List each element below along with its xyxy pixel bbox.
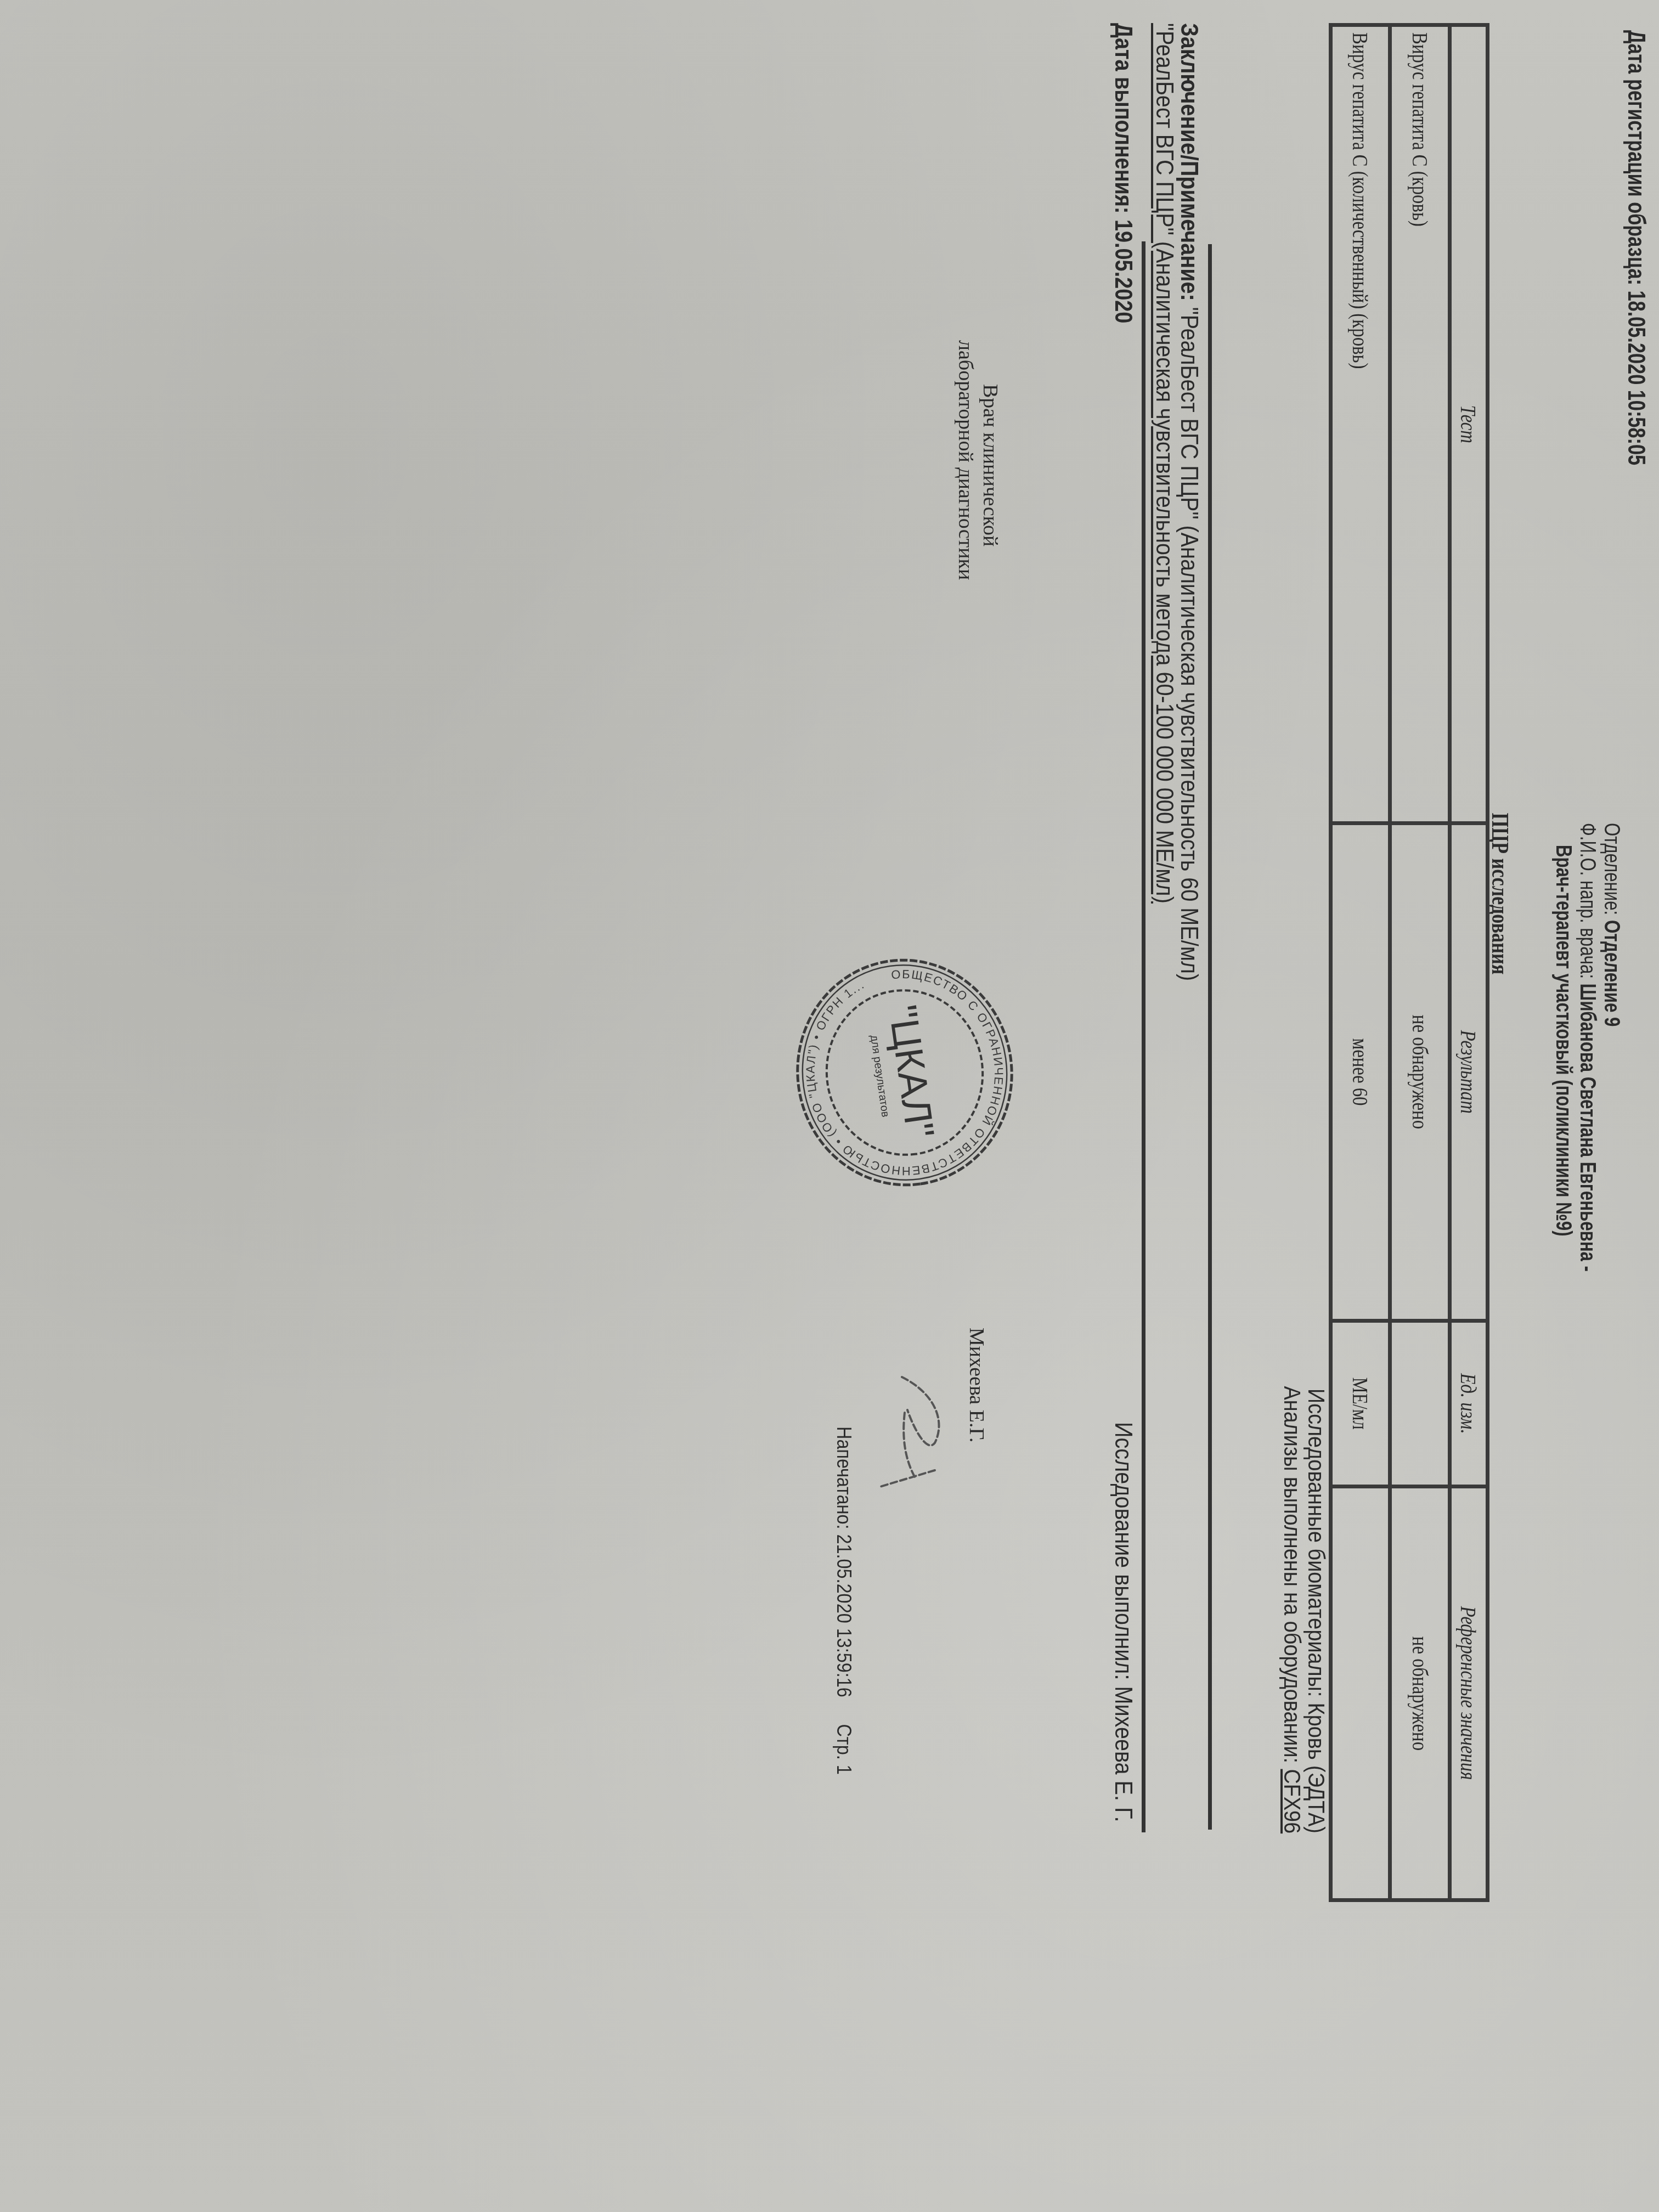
department-label: Отделение: <box>1600 823 1624 915</box>
lab-report-page: Дата регистрации образца: 18.05.2020 10:… <box>0 0 1659 2212</box>
divider <box>1208 244 1212 1830</box>
biomaterial-label: Исследованные биоматериалы: <box>1304 1389 1329 1697</box>
registration-date-value: 18.05.2020 10:58:05 <box>1623 290 1650 465</box>
page-number: 1 <box>833 1765 855 1775</box>
performed-by-value: Михеева Е. Г. <box>1110 1686 1137 1822</box>
column-header-reference: Референсные значения <box>1450 1487 1488 1900</box>
table-row: Вирус гепатита С (количественный) (кровь… <box>1331 25 1391 1900</box>
table-header-row: Тест Результат Ед. изм. Референсные знач… <box>1450 25 1488 1900</box>
printed-footer: Напечатано: 21.05.2020 13:59:16 Стр. 1 <box>834 1426 854 1775</box>
equipment-value: CFX96 <box>1279 1769 1305 1833</box>
column-header-result: Результат <box>1450 823 1488 1321</box>
stamp-center-text: "ЦКАЛ" <box>880 1002 942 1141</box>
registration-date-label: Дата регистрации образца: <box>1623 30 1650 285</box>
cell-unit: МЕ/мл <box>1331 1321 1391 1487</box>
printed-label: Напечатано: <box>833 1426 855 1530</box>
referring-doctor-label: Ф.И.О. напр. врача: <box>1576 823 1600 979</box>
conclusion-label: Заключение/Примечание: <box>1176 23 1203 301</box>
referring-doctor-value: Шибанова Светлана Евгеньевна - <box>1576 984 1600 1272</box>
column-header-unit: Ед. изм. <box>1450 1321 1488 1487</box>
table-row: Вирус гепатита С (кровь) не обнаружено н… <box>1390 25 1450 1900</box>
execution-date: Дата выполнения: 19.05.2020 <box>1111 23 1135 323</box>
biomaterial-value: Кровь (ЭДТА) <box>1304 1703 1329 1833</box>
equipment-line: Анализы выполнены на оборудовании: CFX96 <box>1280 1386 1304 1833</box>
cell-reference: не обнаружено <box>1390 1487 1450 1900</box>
performed-by: Исследование выполнил: Михеева Е. Г. <box>1111 1422 1135 1822</box>
execution-date-label: Дата выполнения: <box>1110 23 1137 213</box>
signer-title-line-2: лабораторной диагностики <box>955 340 976 580</box>
cell-test: Вирус гепатита С (количественный) (кровь… <box>1331 25 1391 823</box>
section-title: ПЦР исследования <box>1488 813 1512 975</box>
divider <box>1142 241 1145 1832</box>
department-value: Отделение 9 <box>1600 920 1624 1026</box>
signer-name: Михеева Е.Г. <box>966 1328 987 1443</box>
referring-doctor-role: Врач-терапевт участковый (поликлиники №9… <box>1553 845 1575 1237</box>
cell-unit <box>1390 1321 1450 1487</box>
column-header-test: Тест <box>1450 25 1488 823</box>
conclusion-text-1: "РеалБест ВГС ПЦР" (Аналитическая чувств… <box>1176 307 1203 981</box>
biomaterial-line: Исследованные биоматериалы: Кровь (ЭДТА) <box>1305 1389 1328 1833</box>
department: Отделение: Отделение 9 <box>1601 823 1623 1026</box>
cell-test: Вирус гепатита С (кровь) <box>1390 25 1450 823</box>
signer-title-line-1: Врач клинической <box>980 384 1001 546</box>
registration-date: Дата регистрации образца: 18.05.2020 10:… <box>1624 30 1648 465</box>
stamp-seal-icon: ОБЩЕСТВО С ОГРАНИЧЕННОЙ ОТВЕТСТВЕННОСТЬЮ… <box>789 952 1020 1193</box>
printed-value: 21.05.2020 13:59:16 <box>833 1534 855 1697</box>
performed-by-label: Исследование выполнил: <box>1110 1422 1137 1680</box>
results-table: Тест Результат Ед. изм. Референсные знач… <box>1329 23 1489 1902</box>
conclusion-line-1: Заключение/Примечание: "РеалБест ВГС ПЦР… <box>1177 23 1201 981</box>
referring-doctor: Ф.И.О. напр. врача: Шибанова Светлана Ев… <box>1577 823 1599 1272</box>
handwritten-signature-icon <box>858 1361 968 1503</box>
cell-result: не обнаружено <box>1390 823 1450 1321</box>
cell-reference <box>1331 1487 1391 1900</box>
cell-result: менее 60 <box>1331 823 1391 1321</box>
equipment-label: Анализы выполнены на оборудовании: <box>1279 1386 1305 1763</box>
execution-date-value: 19.05.2020 <box>1110 219 1137 323</box>
page-label: Стр. <box>833 1724 855 1759</box>
conclusion-line-2: "РеалБест ВГС ПЦР" (Аналитическая чувств… <box>1152 23 1176 904</box>
